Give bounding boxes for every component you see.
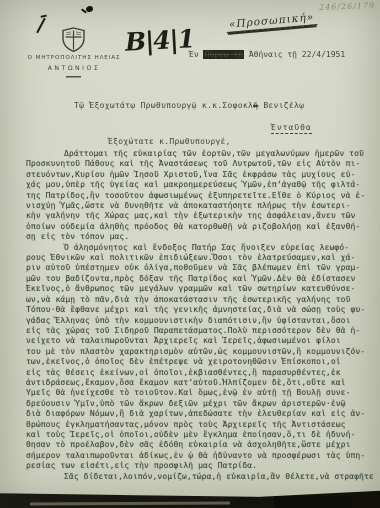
typed-line: σῃ εἰς τὸν τόπον μας.	[26, 232, 376, 242]
location-note: Ἐνταῦθα	[271, 123, 312, 134]
paragraph: Ὁ ἀλησμόνητος καὶ ἔνδοξος Πατήρ Σας ἤνοι…	[26, 243, 376, 472]
typed-line: ρους Ἐθνικῶν καὶ πολιτικῶν ἐπιδιώξεων.Ὅσ…	[26, 253, 376, 263]
typed-line: των,ἐκεῖνος,ὁ ὁποῖος δὲν ἐπέτρεψε νὰ χει…	[26, 357, 376, 367]
typed-line: εἰς τὰς θέσεις ἐκείνων,οἱ ὁποῖοι,ἐκβιασθ…	[26, 368, 376, 378]
dateline-prefix: Ἐν	[189, 50, 199, 59]
typed-line: θρώπους ἐγκληματήσαντας,μόνον πρὸς τοὺς …	[26, 420, 376, 430]
recipient-text-end: Βενιζέλῳ	[258, 101, 304, 110]
letter-body: Δράττομαι τῆς εὐκαιρίας τῶν ἑορτῶν,τῶν μ…	[26, 149, 376, 482]
typed-line: Τόπου·θὰ ἔφθανε μέχρι καὶ τῆς γενικῆς ἀμ…	[26, 305, 376, 315]
handwritten-personal-note: «Προσωπική»	[226, 11, 318, 33]
typed-line: χάς μου,ὑπὲρ τῆς ὑγείας καὶ μακροημερεύσ…	[26, 180, 376, 190]
typed-line: Προσκυνητοῦ Πάθους καὶ τῆς Ἀναστάσεως το…	[26, 159, 376, 169]
typed-line: ων,νὰ κάμῃ τὸ πᾶν,διὰ τὴν ἀποκατάστασιν …	[26, 295, 376, 305]
letter-page: 246/26/179 «Προσωπική» Β|4|1 Ο ΜΗΤΡΟΠΟΛΙ…	[0, 0, 380, 508]
handwritten-registry-number: Β|4|1	[124, 24, 195, 57]
typed-line: Ὁ ἀλησμόνητος καὶ ἔνδοξος Πατήρ Σας ἤνοι…	[26, 243, 376, 253]
typed-line: Σᾶς δίδεται,λοιπόν,νομίζω,τώρα,ἡ εὐκαιρί…	[26, 472, 376, 482]
typed-line: στευόντων,Κυρίου ἡμῶν Ἰησοῦ Χριστοῦ,ἵνα …	[26, 170, 376, 180]
shield-cross-emblem	[60, 27, 87, 52]
dateline-place-date: Ἀθήναις τῇ 22/4/1951	[249, 50, 345, 59]
typed-line: του μὲ τὸν πλαστὸν χαρακτηρισμὸν αὐτῶν,ὡ…	[26, 347, 376, 357]
typed-line: νείχετο νὰ ταλαιπωροῦνται Ἀρχιερεῖς καὶ …	[26, 336, 376, 346]
typed-line: νισχύῃ Ὑμᾶς,ὥστε νὰ δυνηθῆτε νὰ ἀποκατασ…	[26, 201, 376, 211]
recipient-line: Τῷ Ἐξοχωτάτῳ Πρωθυπουργῷ κ.κ.Σοφοκλῆ Βεν…	[74, 101, 304, 110]
typed-line: ρεσίας των εἰσέτι,εἰς τὴν προσφιλῆ μας Π…	[26, 461, 376, 471]
scan-background-block	[274, 496, 352, 508]
ink-blot-mark	[86, 6, 93, 12]
typed-line: Ἐκεῖνος,ὁ ἄνθρωπος τῶν μεγάλων γραμμῶν κ…	[26, 284, 376, 294]
typed-line: Δράττομαι τῆς εὐκαιρίας τῶν ἑορτῶν,τῶν μ…	[26, 149, 376, 159]
scanned-letter-photo: 246/26/179 «Προσωπική» Β|4|1 Ο ΜΗΤΡΟΠΟΛΙ…	[0, 0, 380, 508]
typed-line: ὁποίων οὐδεμία ἀληθὴς πρόοδος θὰ κατορθω…	[26, 222, 376, 232]
typed-line: θησαν τὸ προέλαβον,δὲν σᾶς ἐδόθη εὐκαιρί…	[26, 440, 376, 450]
typed-line: γάδας Ἕλληνας ὑπὸ τὴν κομμουνιστικὴν δια…	[26, 316, 376, 326]
dateline: Ἐν Πύργῳ τῇ Ἀθήναις τῇ 22/4/1951	[189, 50, 345, 59]
typed-line: της Πατρίδος,ἣν τοσοῦτον ἀφωσιωμένως ἐξυ…	[26, 191, 376, 201]
letterhead-title: Ο ΜΗΤΡΟΠΟΛΙΤΗΣ ΗΛΕΙΑΣ	[14, 55, 134, 61]
typed-line: διὰ διαφόρων Νόμων,ἢ διὰ χαρίτων,ἀπεδώσα…	[26, 409, 376, 419]
recipient-text: Τῷ Ἐξοχωτάτῳ Πρωθυπουργῷ κ.κ.Σοφοκλ	[74, 101, 253, 110]
typed-line: κὴν γαλήνην τῆς Χώρας μας,καὶ τὴν ἐξωτερ…	[26, 211, 376, 221]
pen-stroke-mark	[36, 18, 46, 34]
typed-line: μῶν του βαδίζοντα,πρὸς δόξαν τῆς Πατρίδο…	[26, 274, 376, 284]
typed-line: εἰς τὰς χώρας τοῦ Σιδηροῦ Παραπετάσματος…	[26, 326, 376, 336]
letterhead-flourish	[66, 76, 81, 78]
typed-line: Ὑμεῖς θὰ ἠνείχεσθε τὸ τοιοῦτον.Καὶ ὅμως,…	[26, 388, 376, 398]
paragraph: Σᾶς δίδεται,λοιπόν,νομίζω,τώρα,ἡ εὐκαιρί…	[26, 472, 376, 482]
paper-edge-highlight	[30, 501, 230, 505]
typed-line: δρεύουσιν Ὑμῖν,ὑπὸ τῶν ἄκρων δεξιῶν μέχρ…	[26, 399, 376, 409]
letterhead-name: ΑΝΤΩΝΙΟΣ	[14, 65, 134, 72]
typed-line: ριν αὐτοῦ ὑπέστημεν οὐκ ὀλίγα,ποθοῦμεν ν…	[26, 263, 376, 273]
typed-line: ἀντιδράσεως,ἔκαμον,ὅσα ἔκαμον κατ’αὐτοῦ.…	[26, 378, 376, 388]
paragraph: Δράττομαι τῆς εὐκαιρίας τῶν ἑορτῶν,τῶν μ…	[26, 149, 376, 243]
typed-line: καὶ τοὺς Ἱερεῖς,οἱ ὁποῖοι,οὐδὲν μὲν ἔγκλ…	[26, 430, 376, 440]
struck-out-place: Πύργῳ τῇ	[203, 50, 244, 59]
typed-line: σήμερον ταλαιπωροῦνται ἀδίκως,ἐν ᾧ θὰ ἠδ…	[26, 451, 376, 461]
salutation: Ἐξοχώτατε κ.Πρωθυπουργέ,	[108, 137, 231, 146]
archival-number: 246/26/179	[319, 1, 375, 12]
